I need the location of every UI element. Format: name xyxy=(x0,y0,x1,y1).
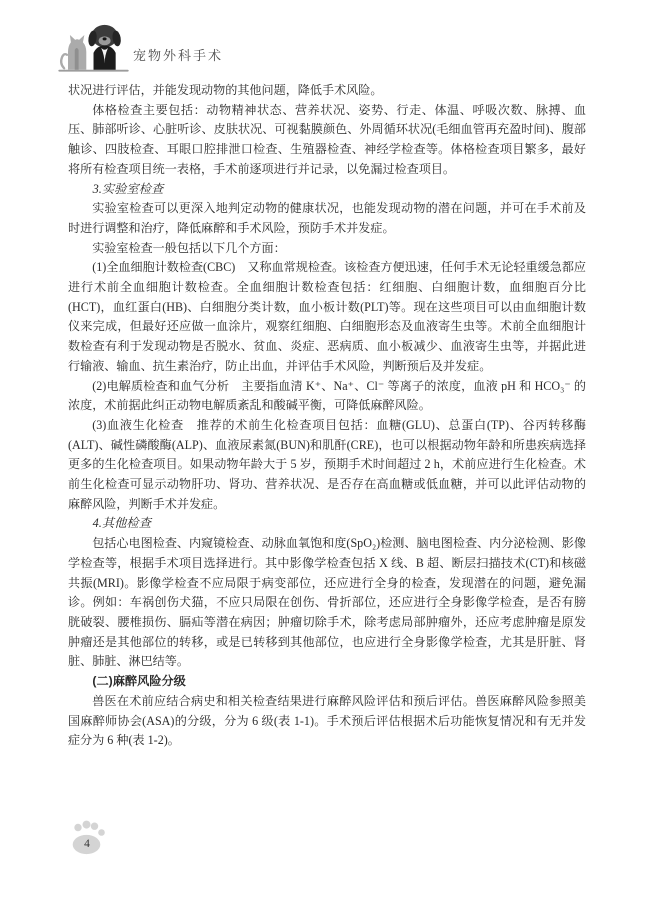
paragraph-cbc: (1)全血细胞计数检查(CBC) 又称血常规检查。该检查方便迅速，任何手术无论轻… xyxy=(68,258,586,376)
paragraph-lab-exam-intro: 实验室检查可以更深入地判定动物的健康状况，也能发现动物的潜在问题，并可在手术前及… xyxy=(68,199,586,238)
heading-other-exams: 4.其他检查 xyxy=(68,514,586,534)
heading-lab-exam: 3.实验室检查 xyxy=(68,180,586,200)
paragraph-physical-exam: 体格检查主要包括：动物精神状态、营养状况、姿势、行走、体温、呼吸次数、脉搏、血压… xyxy=(68,101,586,180)
paragraph-continued: 状况进行评估，并能发现动物的其他问题，降低手术风险。 xyxy=(68,81,586,101)
paragraph-electrolyte: (2)电解质检查和血气分析 主要指血清 K⁺、Na⁺、Cl⁻ 等离子的浓度，血液… xyxy=(68,377,586,416)
paragraph-biochem: (3)血液生化检查 推荐的术前生化检查项目包括：血糖(GLU)、总蛋白(TP)、… xyxy=(68,416,586,515)
paragraph-lab-exam-list: 实验室检查一般包括以下几个方面： xyxy=(68,239,586,259)
page-body-text: 状况进行评估，并能发现动物的其他问题，降低手术风险。 体格检查主要包括：动物精神… xyxy=(68,81,586,751)
heading-anesthesia-risk: (二)麻醉风险分级 xyxy=(68,672,586,692)
book-page: 宠物外科手术 状况进行评估，并能发现动物的其他问题，降低手术风险。 体格检查主要… xyxy=(0,0,646,900)
paragraph-anesthesia-risk: 兽医在术前应结合病史和相关检查结果进行麻醉风险评估和预后评估。兽医麻醉风险参照美… xyxy=(68,692,586,751)
paragraph-other-exams: 包括心电图检查、内窥镜检查、动脉血氧饱和度(SpO₂)检测、脑电图检查、内分泌检… xyxy=(68,534,586,672)
running-header-title: 宠物外科手术 xyxy=(133,45,223,64)
page-number: 4 xyxy=(78,838,96,850)
cat-and-dog-logo-icon xyxy=(56,23,132,75)
